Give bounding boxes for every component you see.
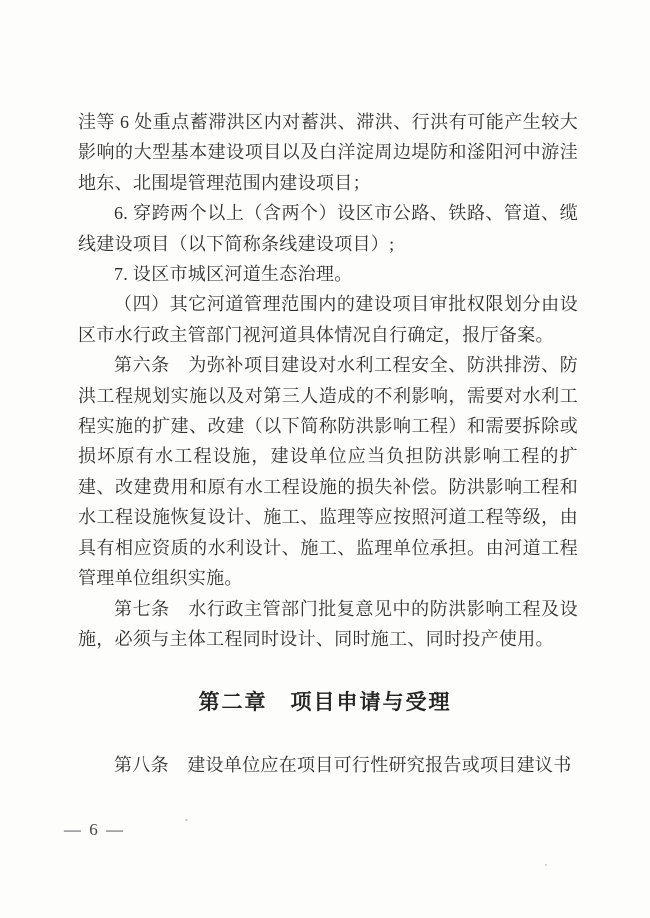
paragraph-item-si: （四）其它河道管理范围内的建设项目审批权限划分由设区市水行政主管部门视河道具体情…	[78, 289, 578, 350]
document-body: 洼等 6 处重点蓄滞洪区内对蓄洪、滞洪、行洪有可能产生较大影响的大型基本建设项目…	[78, 107, 578, 654]
paragraph-article-8: 第八条 建设单位应在项目可行性研究报告或项目建议书	[78, 750, 578, 780]
paragraph-continuation: 洼等 6 处重点蓄滞洪区内对蓄洪、滞洪、行洪有可能产生较大影响的大型基本建设项目…	[78, 107, 578, 198]
scan-speck	[530, 117, 533, 118]
scan-speck	[185, 819, 188, 821]
chapter-heading: 第二章 项目申请与受理	[0, 686, 650, 716]
scanned-document-page: 洼等 6 处重点蓄滞洪区内对蓄洪、滞洪、行洪有可能产生较大影响的大型基本建设项目…	[0, 0, 650, 918]
scan-speck	[545, 864, 547, 866]
page-number: — 6 —	[64, 820, 125, 840]
paragraph-article-6: 第六条 为弥补项目建设对水利工程安全、防洪排涝、防洪工程规划实施以及对第三人造成…	[78, 350, 578, 593]
paragraph-item-7: 7. 设区市城区河道生态治理。	[78, 259, 578, 289]
paragraph-item-6: 6. 穿跨两个以上（含两个）设区市公路、铁路、管道、缆线建设项目（以下简称条线建…	[78, 198, 578, 259]
paragraph-article-7: 第七条 水行政主管部门批复意见中的防洪影响工程及设施，必须与主体工程同时设计、同…	[78, 594, 578, 655]
